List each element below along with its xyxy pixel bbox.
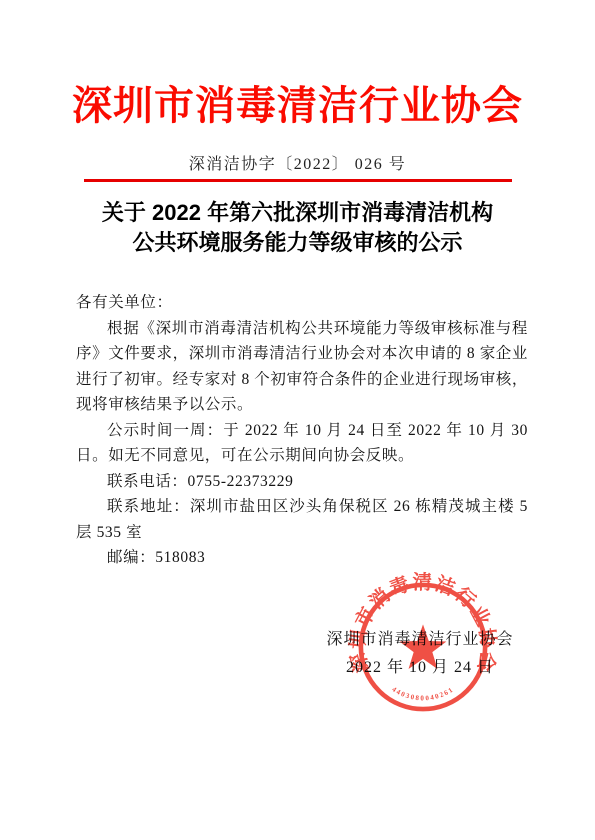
- document-page: 深圳市消毒清洁行业协会 深消洁协字〔2022〕 026 号 关于 2022 年第…: [0, 0, 595, 840]
- signature-block: 深圳市消毒清洁行业协会 2022 年 10 月 24 日: [299, 626, 541, 681]
- seal-registration-code: 4403080040261: [391, 685, 456, 702]
- notice-body: 各有关单位： 根据《深圳市消毒清洁机构公共环境能力等级审核标准与程序》文件要求，…: [76, 290, 528, 571]
- salutation: 各有关单位：: [76, 290, 528, 316]
- document-number: 深消洁协字〔2022〕 026 号: [0, 151, 595, 174]
- red-divider-line: [84, 179, 512, 182]
- postal-code-line: 邮编：518083: [76, 545, 528, 571]
- body-paragraph-publicity-period: 公示时间一周：于 2022 年 10 月 24 日至 2022 年 10 月 3…: [76, 418, 528, 469]
- contact-address-line: 联系地址：深圳市盐田区沙头角保税区 26 栋精茂城主楼 5 层 535 室: [76, 494, 528, 545]
- body-paragraph-review: 根据《深圳市消毒清洁机构公共环境能力等级审核标准与程序》文件要求，深圳市消毒清洁…: [76, 316, 528, 418]
- notice-title-line2: 公共环境服务能力等级审核的公示: [0, 228, 595, 258]
- contact-phone-line: 联系电话：0755-22373229: [76, 469, 528, 495]
- signature-org-name: 深圳市消毒清洁行业协会: [299, 626, 541, 654]
- notice-title-line1: 关于 2022 年第六批深圳市消毒清洁机构: [0, 198, 595, 228]
- letterhead-title: 深圳市消毒清洁行业协会: [0, 74, 595, 131]
- signature-date: 2022 年 10 月 24 日: [299, 654, 541, 682]
- notice-title: 关于 2022 年第六批深圳市消毒清洁机构 公共环境服务能力等级审核的公示: [0, 198, 595, 258]
